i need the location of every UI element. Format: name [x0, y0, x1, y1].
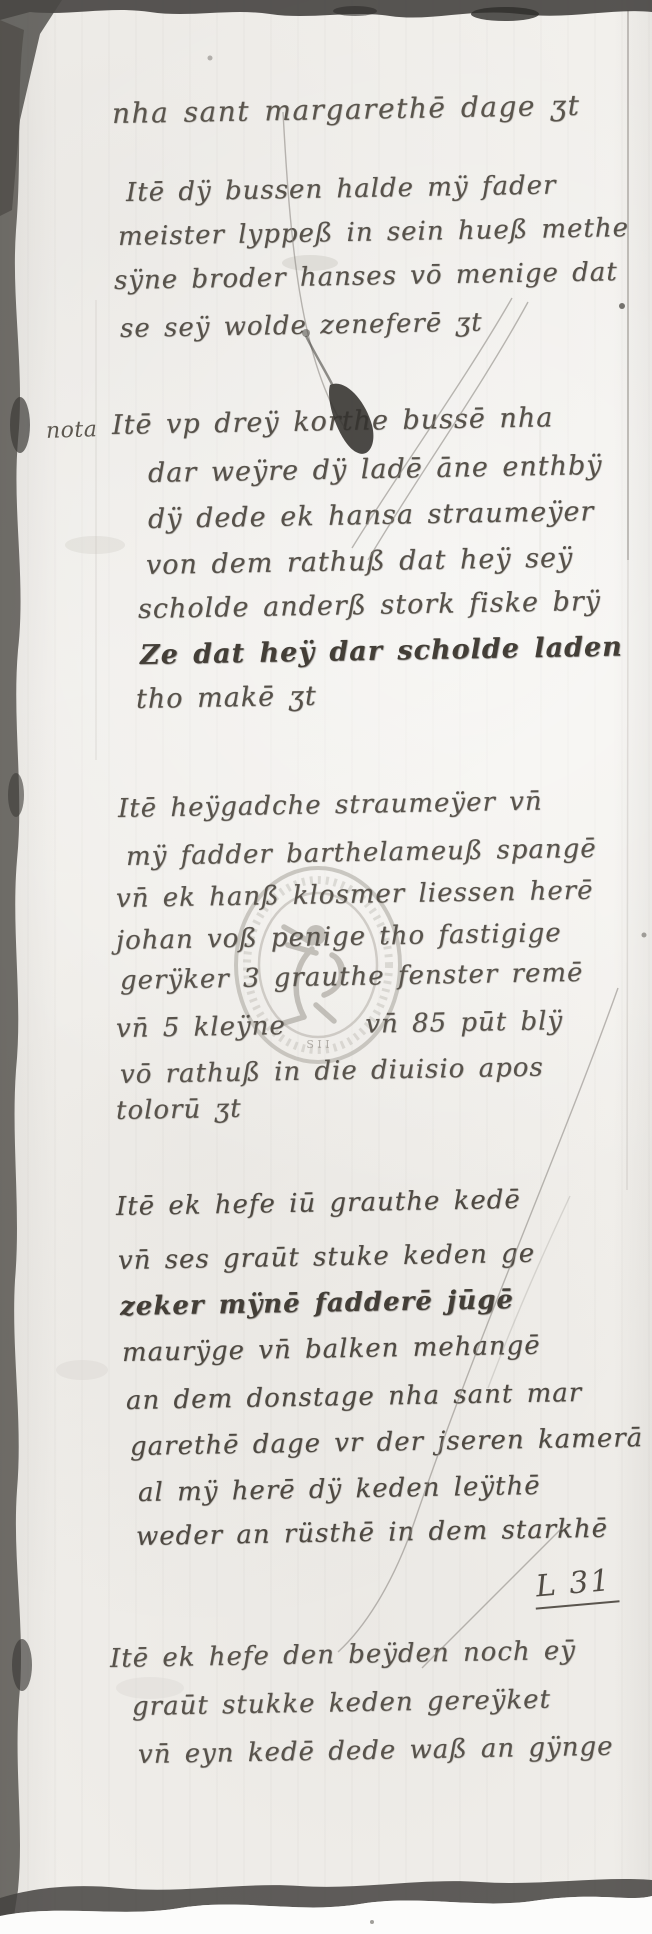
entry-line: vn̄ ses graūt stuke keden ge: [118, 1241, 536, 1274]
entry-line: gerÿker 3 grauthe fenster remē: [120, 960, 584, 994]
entry-line: vn̄ eyn kedē dede waß an gÿnge: [138, 1734, 614, 1768]
entry-line: tolorū ʒt: [116, 1096, 242, 1124]
entry-line: graūt stukke keden gereÿket: [132, 1687, 551, 1720]
manuscript-scan: S I I nha sant margarethē dage ʒt Itē dÿ…: [0, 0, 652, 1934]
entry-line: vn̄ ek hanß klosmer liessen herē: [116, 878, 594, 912]
entry-line: johan voß penige tho fastigige: [116, 920, 562, 954]
entry-line: von dem rathuß dat heÿ seÿ: [146, 545, 574, 579]
entry-line: tho makē ʒt: [136, 683, 317, 713]
opening-line: nha sant margarethē dage ʒt: [112, 92, 581, 128]
entry-line: Itē heÿgadche straumeÿer vn̄: [118, 789, 543, 822]
entry-line: zeker mÿnē fadderē jūgē: [120, 1287, 514, 1320]
entry-line: weder an rüsthē in dem starkhē: [136, 1516, 609, 1550]
entry-end-mark: L 31: [532, 1562, 619, 1609]
entry-line: Itē vp dreÿ korthe bussē nha: [112, 404, 554, 439]
entry-line: an dem donstage nha sant mar: [126, 1380, 583, 1414]
entry-line: al mÿ herē dÿ keden leÿthē: [138, 1473, 541, 1506]
entry-line: Ze dat heÿ dar scholde laden: [140, 634, 623, 669]
entry-line: Itē dÿ bussen halde mÿ fader: [126, 172, 557, 206]
entry-line: vn̄ 5 kleÿne vn̄ 85 pūt blÿ: [116, 1008, 564, 1042]
entry-line: Itē ek hefe den beÿden noch eȳ: [110, 1638, 576, 1672]
entry-line: se seÿ wolde zeneferē ʒt: [120, 310, 483, 342]
entry-line: mÿ fadder barthelameuß spangē: [126, 836, 597, 870]
entry-line: vō rathuß in die diuisio apos: [120, 1055, 544, 1088]
entry-line: maurÿge vn̄ balken mehangē: [122, 1333, 541, 1366]
entry-line: dÿ dede ek hansa straumeÿer: [148, 498, 595, 533]
entry-line: Itē ek hefe iū grauthe kedē: [116, 1187, 521, 1220]
margin-note-nota: nota: [46, 417, 98, 444]
entry-line: dar weÿre dÿ ladē āne enthbÿ: [148, 452, 603, 487]
entry-line: scholde anderß stork fiske brÿ: [138, 588, 601, 623]
